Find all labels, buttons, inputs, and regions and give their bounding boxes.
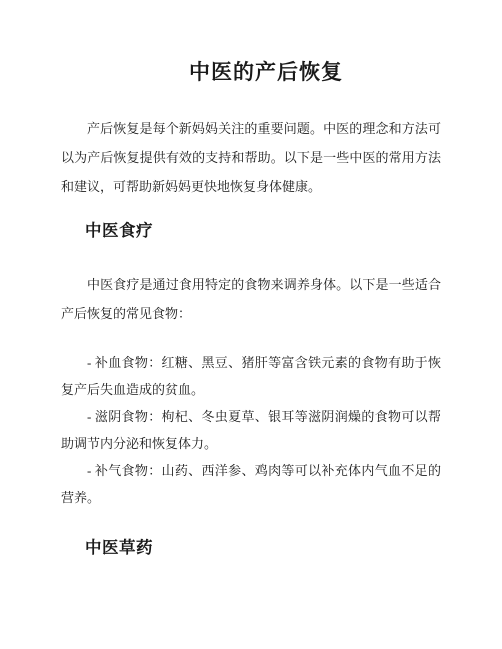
- food-list: - 补血食物：红糖、黑豆、猪肝等富含铁元素的食物有助于恢复产后失血造成的贫血。 …: [61, 349, 441, 511]
- section-heading-food-therapy: 中医食疗: [61, 216, 441, 246]
- intro-paragraph: 产后恢复是每个新妈妈关注的重要问题。中医的理念和方法可以为产后恢复提供有效的支持…: [61, 114, 441, 201]
- list-item-blood-tonic: - 补血食物：红糖、黑豆、猪肝等富含铁元素的食物有助于恢复产后失血造成的贫血。: [61, 349, 441, 403]
- document-page: 中医的产后恢复 产后恢复是每个新妈妈关注的重要问题。中医的理念和方法可以为产后恢…: [0, 0, 502, 649]
- list-item-yin-nourishing: - 滋阴食物：枸杞、冬虫夏草、银耳等滋阴润燥的食物可以帮助调节内分泌和恢复体力。: [61, 403, 441, 457]
- document-title: 中医的产后恢复: [61, 56, 441, 89]
- section-heading-herbal-medicine: 中医草药: [61, 533, 441, 563]
- food-therapy-paragraph: 中医食疗是通过食用特定的食物来调养身体。以下是一些适合产后恢复的常见食物：: [61, 270, 441, 328]
- list-item-qi-tonic: - 补气食物：山药、西洋参、鸡肉等可以补充体内气血不足的营养。: [61, 457, 441, 511]
